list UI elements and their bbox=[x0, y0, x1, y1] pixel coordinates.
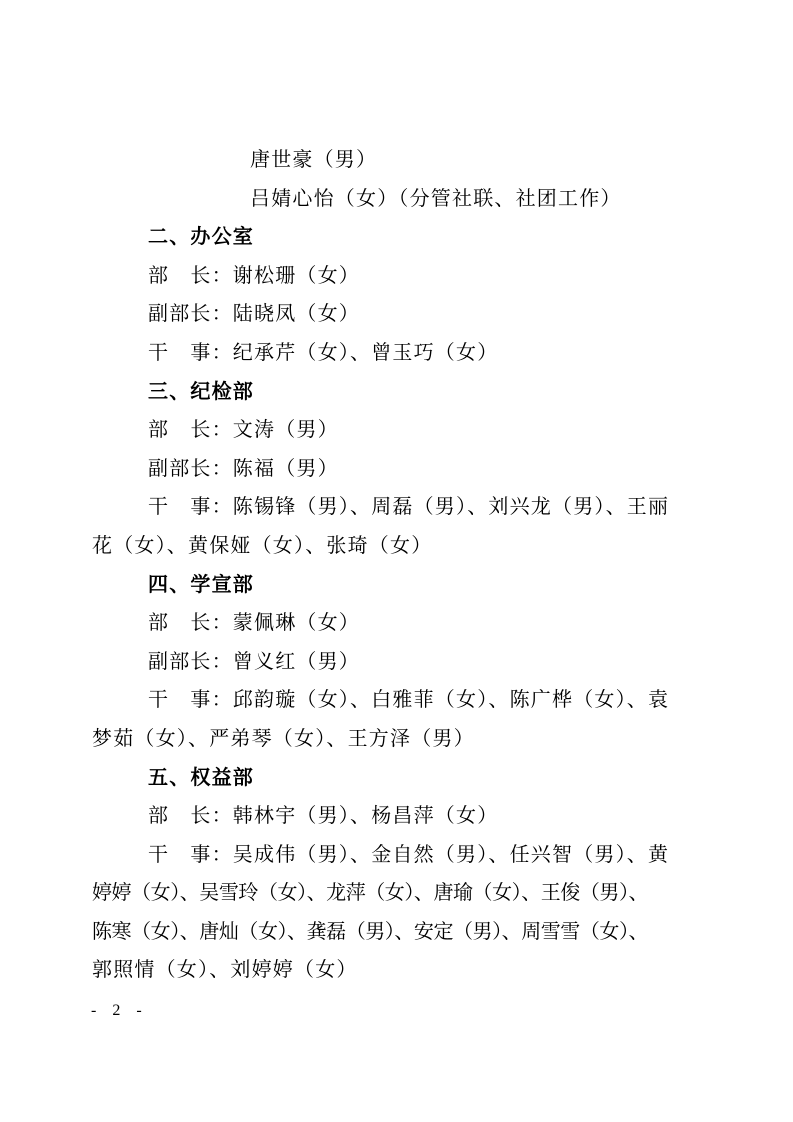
position-line-continuation: 陈寒（女）、唐灿（女）、龚磊（男）、安定（男）、周雪雪（女）、 bbox=[92, 913, 708, 952]
position-line: 干 事：邱韵璇（女）、白雅菲（女）、陈广桦（女）、袁 bbox=[92, 681, 708, 720]
position-line-continuation: 郭照情（女）、刘婷婷（女） bbox=[92, 951, 708, 990]
position-line: 副部长：陆晓凤（女） bbox=[92, 295, 708, 334]
document-page: 唐世豪（男）吕婧心怡（女）（分管社联、社团工作）二、办公室部 长：谢松珊（女）副… bbox=[0, 0, 793, 1122]
position-line-continuation: 婷婷（女）、吴雪玲（女）、龙萍（女）、唐瑜（女）、王俊（男）、 bbox=[92, 874, 708, 913]
position-line-continuation: 梦茹（女）、严弟琴（女）、王方泽（男） bbox=[92, 720, 708, 759]
officer-name-continuation: 唐世豪（男） bbox=[92, 141, 708, 180]
section-heading: 四、学宣部 bbox=[92, 566, 708, 605]
position-line: 部 长：文涛（男） bbox=[92, 411, 708, 450]
section-heading: 五、权益部 bbox=[92, 759, 708, 798]
position-line: 干 事：纪承芹（女）、曾玉巧（女） bbox=[92, 334, 708, 373]
page-number: - 2 - bbox=[91, 1000, 148, 1022]
position-line: 副部长：曾义红（男） bbox=[92, 643, 708, 682]
position-line: 干 事：陈锡锋（男）、周磊（男）、刘兴龙（男）、王丽 bbox=[92, 488, 708, 527]
section-heading: 三、纪检部 bbox=[92, 373, 708, 412]
position-line: 干 事：吴成伟（男）、金自然（男）、任兴智（男）、黄 bbox=[92, 836, 708, 875]
position-line-continuation: 花（女）、黄保娅（女）、张琦（女） bbox=[92, 527, 708, 566]
position-line: 部 长：谢松珊（女） bbox=[92, 257, 708, 296]
position-line: 部 长：蒙佩琳（女） bbox=[92, 604, 708, 643]
officer-name-continuation: 吕婧心怡（女）（分管社联、社团工作） bbox=[92, 180, 708, 219]
position-line: 副部长：陈福（男） bbox=[92, 450, 708, 489]
document-body: 唐世豪（男）吕婧心怡（女）（分管社联、社团工作）二、办公室部 长：谢松珊（女）副… bbox=[92, 141, 708, 990]
section-heading: 二、办公室 bbox=[92, 218, 708, 257]
position-line: 部 长：韩林宇（男）、杨昌萍（女） bbox=[92, 797, 708, 836]
